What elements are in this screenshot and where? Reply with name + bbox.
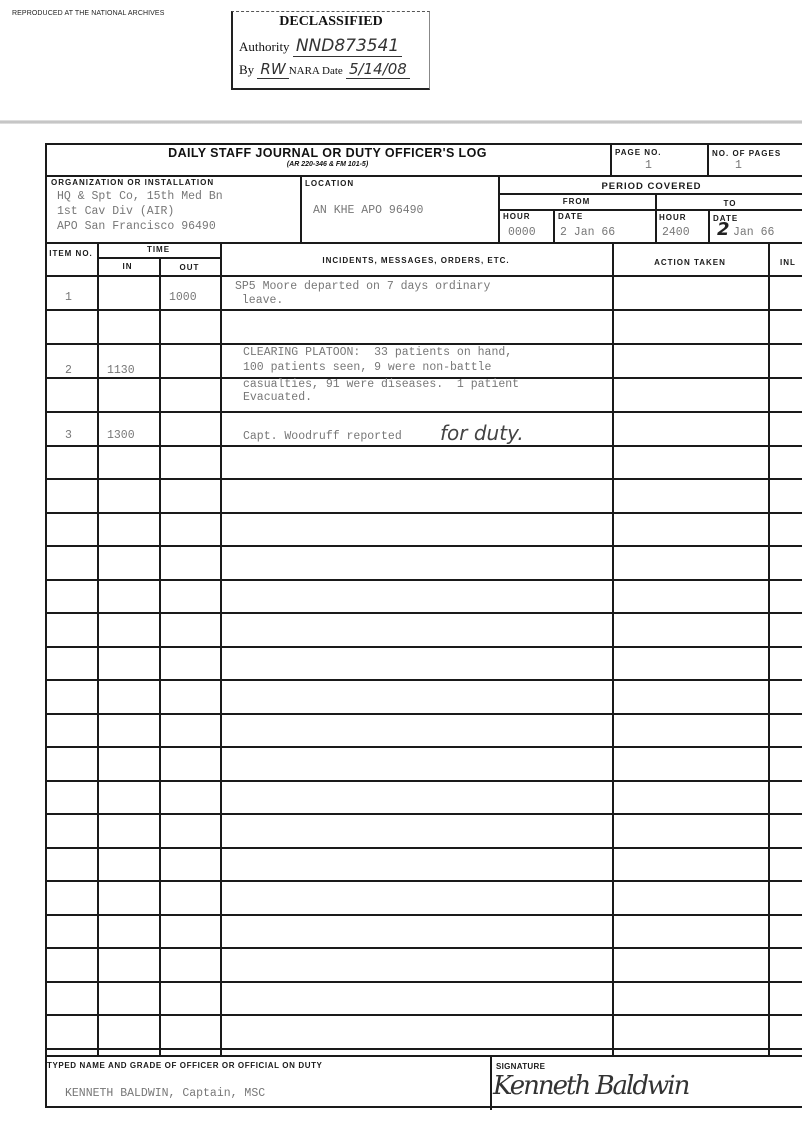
incidents-header: INCIDENTS, MESSAGES, ORDERS, ETC. bbox=[221, 256, 611, 265]
rule bbox=[655, 193, 657, 242]
to-label: TO bbox=[655, 199, 802, 208]
row-rule bbox=[45, 646, 802, 648]
rule bbox=[612, 242, 614, 1057]
rule bbox=[610, 143, 612, 175]
row-rule bbox=[45, 545, 802, 547]
entry-2-line-2: 100 patients seen, 9 were non-battle bbox=[243, 361, 491, 374]
to-hour-value: 2400 bbox=[662, 226, 690, 239]
stamp-title: DECLASSIFIED bbox=[233, 14, 429, 30]
time-header: TIME bbox=[97, 245, 220, 254]
row-rule bbox=[45, 275, 802, 277]
rule bbox=[45, 143, 802, 145]
row-rule bbox=[45, 813, 802, 815]
by-label: By bbox=[239, 62, 254, 77]
to-hour-label: HOUR bbox=[659, 213, 687, 222]
location-value: AN KHE APO 96490 bbox=[313, 204, 423, 217]
entry-1-out: 1000 bbox=[169, 291, 197, 304]
organization-line-1: HQ & Spt Co, 15th Med Bn bbox=[57, 190, 223, 203]
officer-value: KENNETH BALDWIN, Captain, MSC bbox=[65, 1087, 265, 1100]
item-no-header: ITEM NO. bbox=[45, 249, 97, 258]
row-rule bbox=[45, 445, 802, 447]
row-rule bbox=[45, 713, 802, 715]
signature-value: Kenneth Baldwin bbox=[493, 1071, 688, 1101]
entry-3-in: 1300 bbox=[107, 429, 135, 442]
rule bbox=[45, 242, 802, 244]
date-value: 5/14/08 bbox=[346, 60, 410, 79]
rule bbox=[97, 242, 99, 1057]
time-in-header: IN bbox=[97, 262, 158, 271]
row-rule bbox=[45, 512, 802, 514]
entry-2-line-3: casualties, 91 were diseases. 1 patient bbox=[243, 378, 519, 391]
rule bbox=[768, 242, 770, 1057]
row-rule bbox=[45, 343, 802, 345]
entry-2-line-4: Evacuated. bbox=[243, 391, 312, 404]
rule bbox=[553, 209, 555, 242]
entry-2-line-1: CLEARING PLATOON: 33 patients on hand, bbox=[243, 346, 512, 359]
rule bbox=[45, 1055, 802, 1057]
nara-label: NARA Date bbox=[289, 65, 343, 77]
rule bbox=[708, 209, 710, 242]
from-date-value: 2 Jan 66 bbox=[560, 226, 615, 239]
entry-2-in: 1130 bbox=[107, 364, 135, 377]
rule bbox=[45, 1106, 802, 1108]
rule bbox=[45, 175, 802, 177]
officer-label: TYPED NAME AND GRADE OF OFFICER OR OFFIC… bbox=[47, 1061, 323, 1070]
page-no-label: PAGE NO. bbox=[615, 148, 662, 157]
signature-label: SIGNATURE bbox=[496, 1062, 545, 1071]
organization-line-3: APO San Francisco 96490 bbox=[57, 220, 216, 233]
entry-3-line-1: Capt. Woodruff reported bbox=[243, 430, 402, 443]
archive-note: REPRODUCED AT THE NATIONAL ARCHIVES bbox=[12, 10, 164, 17]
entry-2-item: 2 bbox=[65, 364, 72, 377]
organization-label: ORGANIZATION OR INSTALLATION bbox=[51, 178, 214, 187]
row-rule bbox=[45, 612, 802, 614]
page-no-value: 1 bbox=[645, 159, 652, 172]
by-value: RW bbox=[257, 60, 288, 79]
from-date-label: DATE bbox=[558, 212, 583, 221]
row-rule bbox=[45, 579, 802, 581]
authority-label: Authority bbox=[239, 39, 290, 54]
rule bbox=[490, 1055, 492, 1110]
row-rule bbox=[45, 847, 802, 849]
row-rule bbox=[45, 746, 802, 748]
rule bbox=[45, 143, 47, 1106]
duty-log-form: DAILY STAFF JOURNAL OR DUTY OFFICER'S LO… bbox=[45, 143, 802, 1108]
entry-3-handwritten: for duty. bbox=[440, 421, 524, 445]
entry-1-line-2: leave. bbox=[235, 294, 283, 307]
row-rule bbox=[45, 780, 802, 782]
no-of-pages-value: 1 bbox=[735, 159, 742, 172]
row-rule bbox=[45, 947, 802, 949]
time-out-header: OUT bbox=[159, 263, 220, 272]
scan-edge bbox=[0, 120, 802, 124]
row-rule bbox=[45, 309, 802, 311]
form-title: DAILY STAFF JOURNAL OR DUTY OFFICER'S LO… bbox=[45, 146, 610, 160]
rule bbox=[220, 242, 222, 1057]
from-hour-value: 0000 bbox=[508, 226, 536, 239]
declassified-stamp: DECLASSIFIED Authority NND873541 By RWNA… bbox=[231, 11, 430, 90]
from-hour-label: HOUR bbox=[503, 212, 531, 221]
entry-3-item: 3 bbox=[65, 429, 72, 442]
to-date-value: Jan 66 bbox=[733, 226, 774, 239]
row-rule bbox=[45, 478, 802, 480]
entry-1-item: 1 bbox=[65, 291, 72, 304]
no-of-pages-label: NO. OF PAGES bbox=[712, 149, 781, 158]
rule bbox=[707, 143, 709, 175]
entry-1-line-1: SP5 Moore departed on 7 days ordinary bbox=[235, 280, 490, 293]
row-rule bbox=[45, 411, 802, 413]
row-rule bbox=[45, 914, 802, 916]
row-rule bbox=[45, 981, 802, 983]
location-label: LOCATION bbox=[305, 179, 354, 188]
rule bbox=[498, 193, 802, 195]
rule bbox=[498, 209, 802, 211]
from-label: FROM bbox=[498, 197, 655, 206]
to-date-day-handwritten: 2 bbox=[717, 219, 730, 240]
action-taken-header: ACTION TAKEN bbox=[612, 258, 768, 267]
form-subtitle: (AR 220-346 & FM 101-5) bbox=[45, 161, 610, 168]
authority-value: NND873541 bbox=[293, 36, 402, 57]
organization-line-2: 1st Cav Div (AIR) bbox=[57, 205, 174, 218]
row-rule bbox=[45, 679, 802, 681]
rule bbox=[300, 175, 302, 242]
row-rule bbox=[45, 880, 802, 882]
inl-header: INL bbox=[780, 258, 796, 267]
period-covered-label: PERIOD COVERED bbox=[498, 181, 802, 192]
row-rule bbox=[45, 1014, 802, 1016]
row-rule bbox=[45, 1048, 802, 1050]
